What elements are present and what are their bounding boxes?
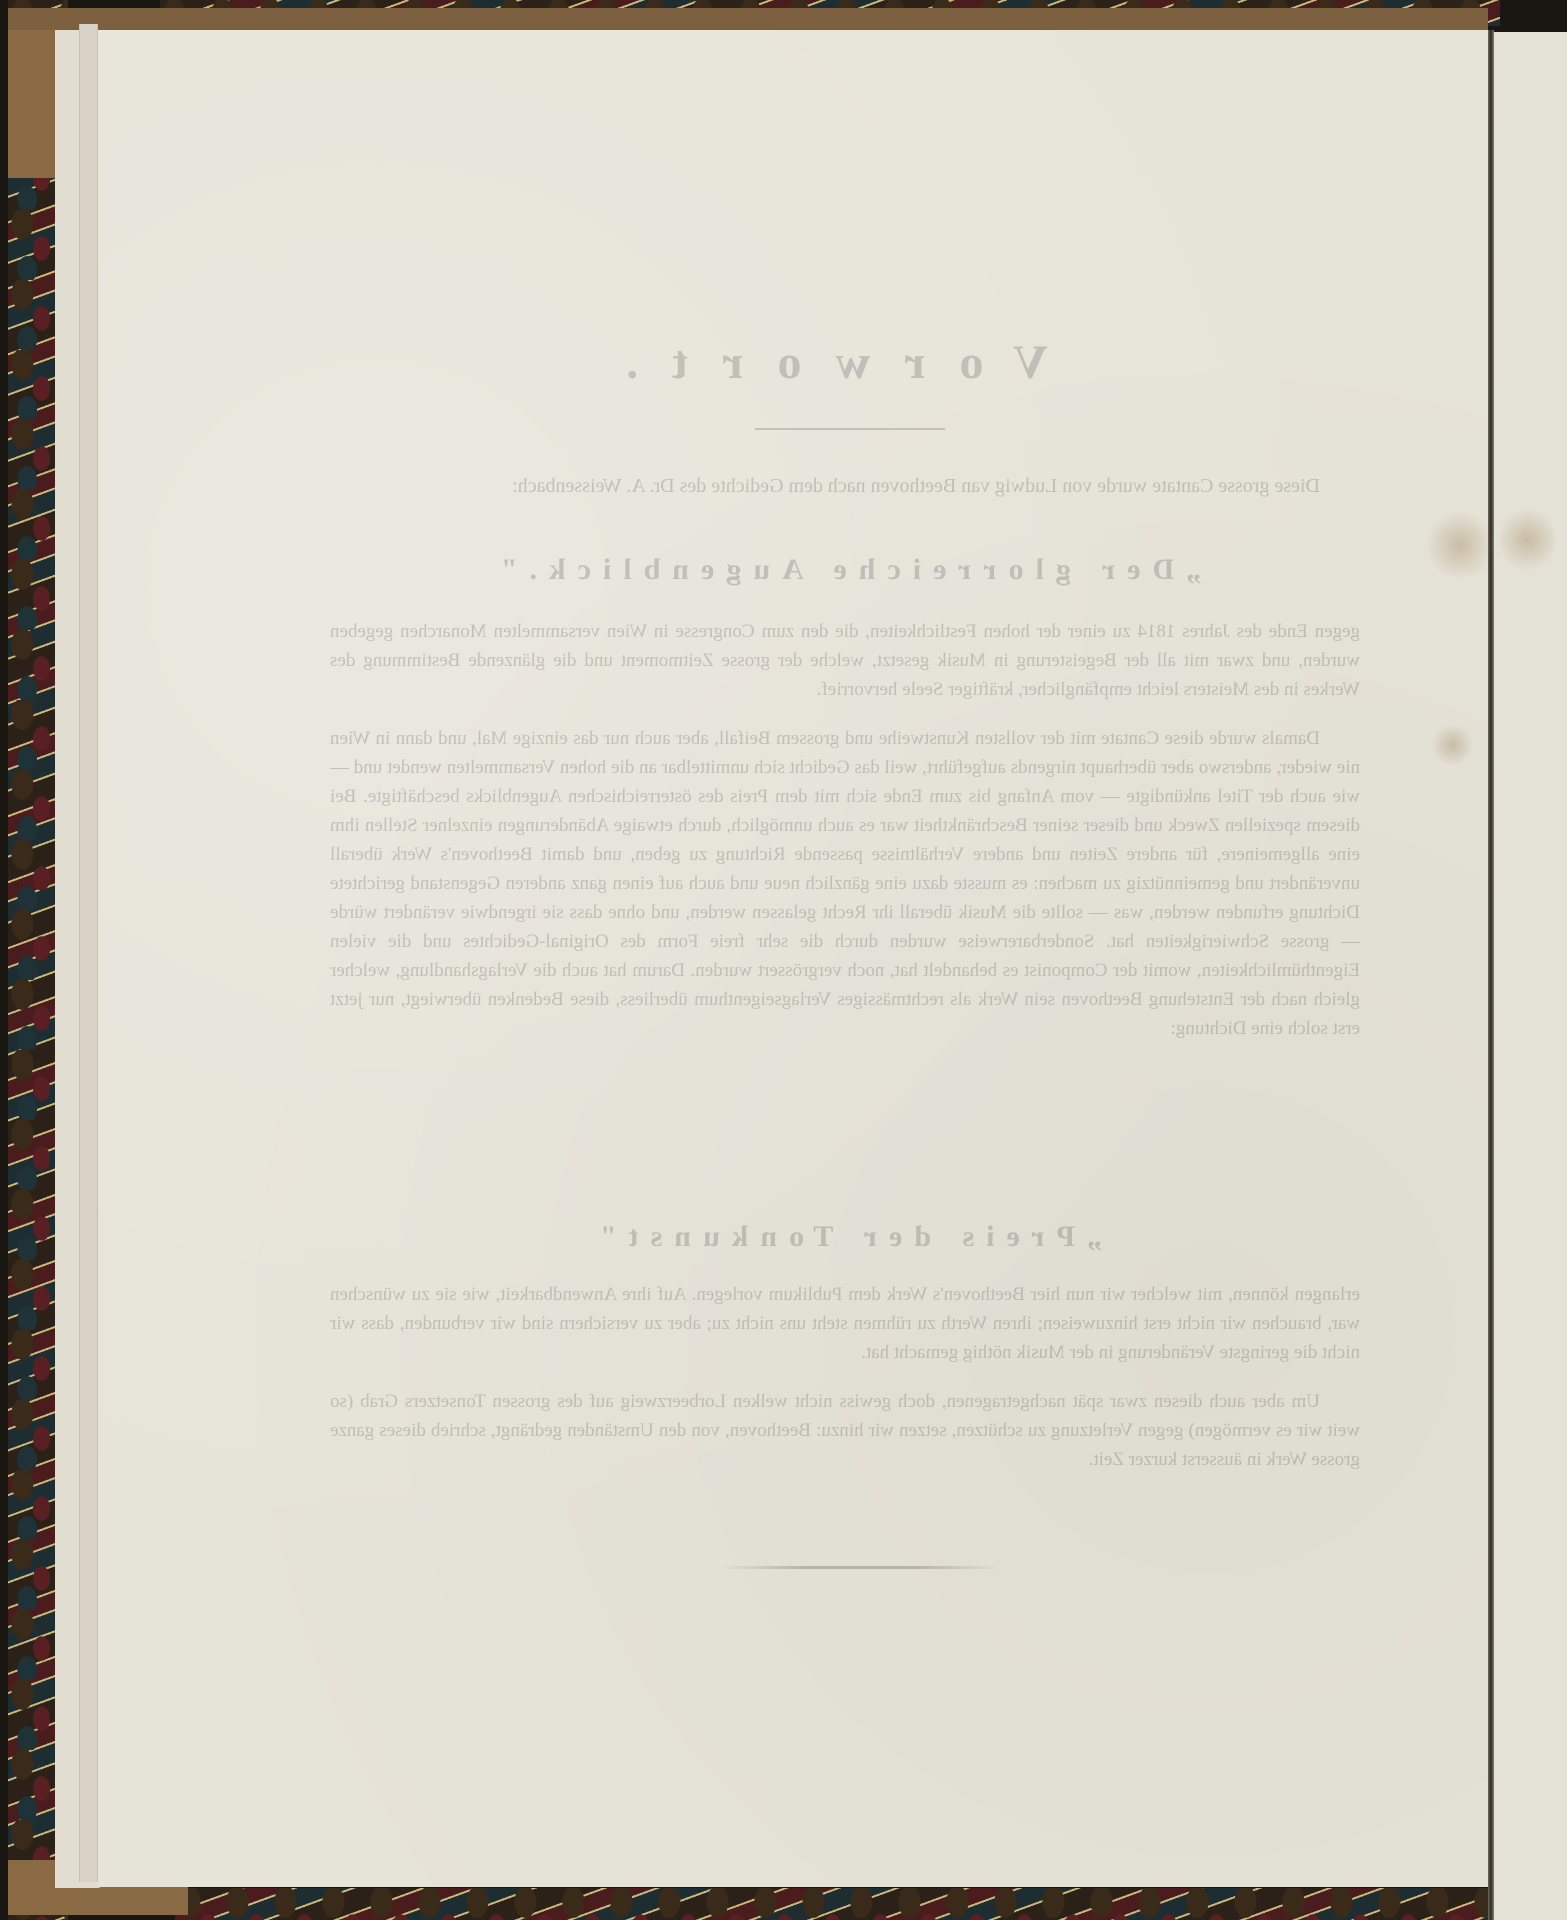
section2-paragraph-2: Um aber auch diesen zwar spät nachgetrag… bbox=[330, 1387, 1360, 1474]
marbled-cover-bottom bbox=[175, 1888, 1495, 1920]
page-title: Vorwort. bbox=[590, 335, 1050, 390]
intro-text: Diese grosse Cantate wurde von Ludwig va… bbox=[330, 472, 1360, 521]
section-heading-preis: „Preis der Tonkunst" bbox=[330, 1220, 1360, 1254]
foxing-stain bbox=[1425, 510, 1495, 580]
section1-paragraph-2: Damals wurde diese Cantate mit der volls… bbox=[330, 724, 1360, 1043]
brown-top-edge bbox=[8, 8, 1488, 30]
section2-paragraph-1: erlangen können, mit welcher wir nun hie… bbox=[330, 1280, 1360, 1367]
foxing-stain bbox=[1500, 505, 1555, 575]
closing-rule bbox=[720, 1566, 1000, 1569]
title-rule bbox=[755, 428, 945, 430]
section2-body: erlangen können, mit welcher wir nun hie… bbox=[330, 1280, 1360, 1494]
brown-spine-strip bbox=[8, 8, 56, 178]
intro-paragraph: Diese grosse Cantate wurde von Ludwig va… bbox=[330, 472, 1360, 501]
section1-body: gegen Ende des Jahres 1814 zu einer der … bbox=[330, 617, 1360, 1063]
section-heading-glorreiche: „Der glorreiche Augenblick." bbox=[330, 553, 1360, 587]
leaf-strip bbox=[79, 24, 98, 1882]
foxing-stain bbox=[1430, 725, 1475, 765]
section1-paragraph-1: gegen Ende des Jahres 1814 zu einer der … bbox=[330, 617, 1360, 704]
facing-page-edge bbox=[1494, 32, 1567, 1920]
